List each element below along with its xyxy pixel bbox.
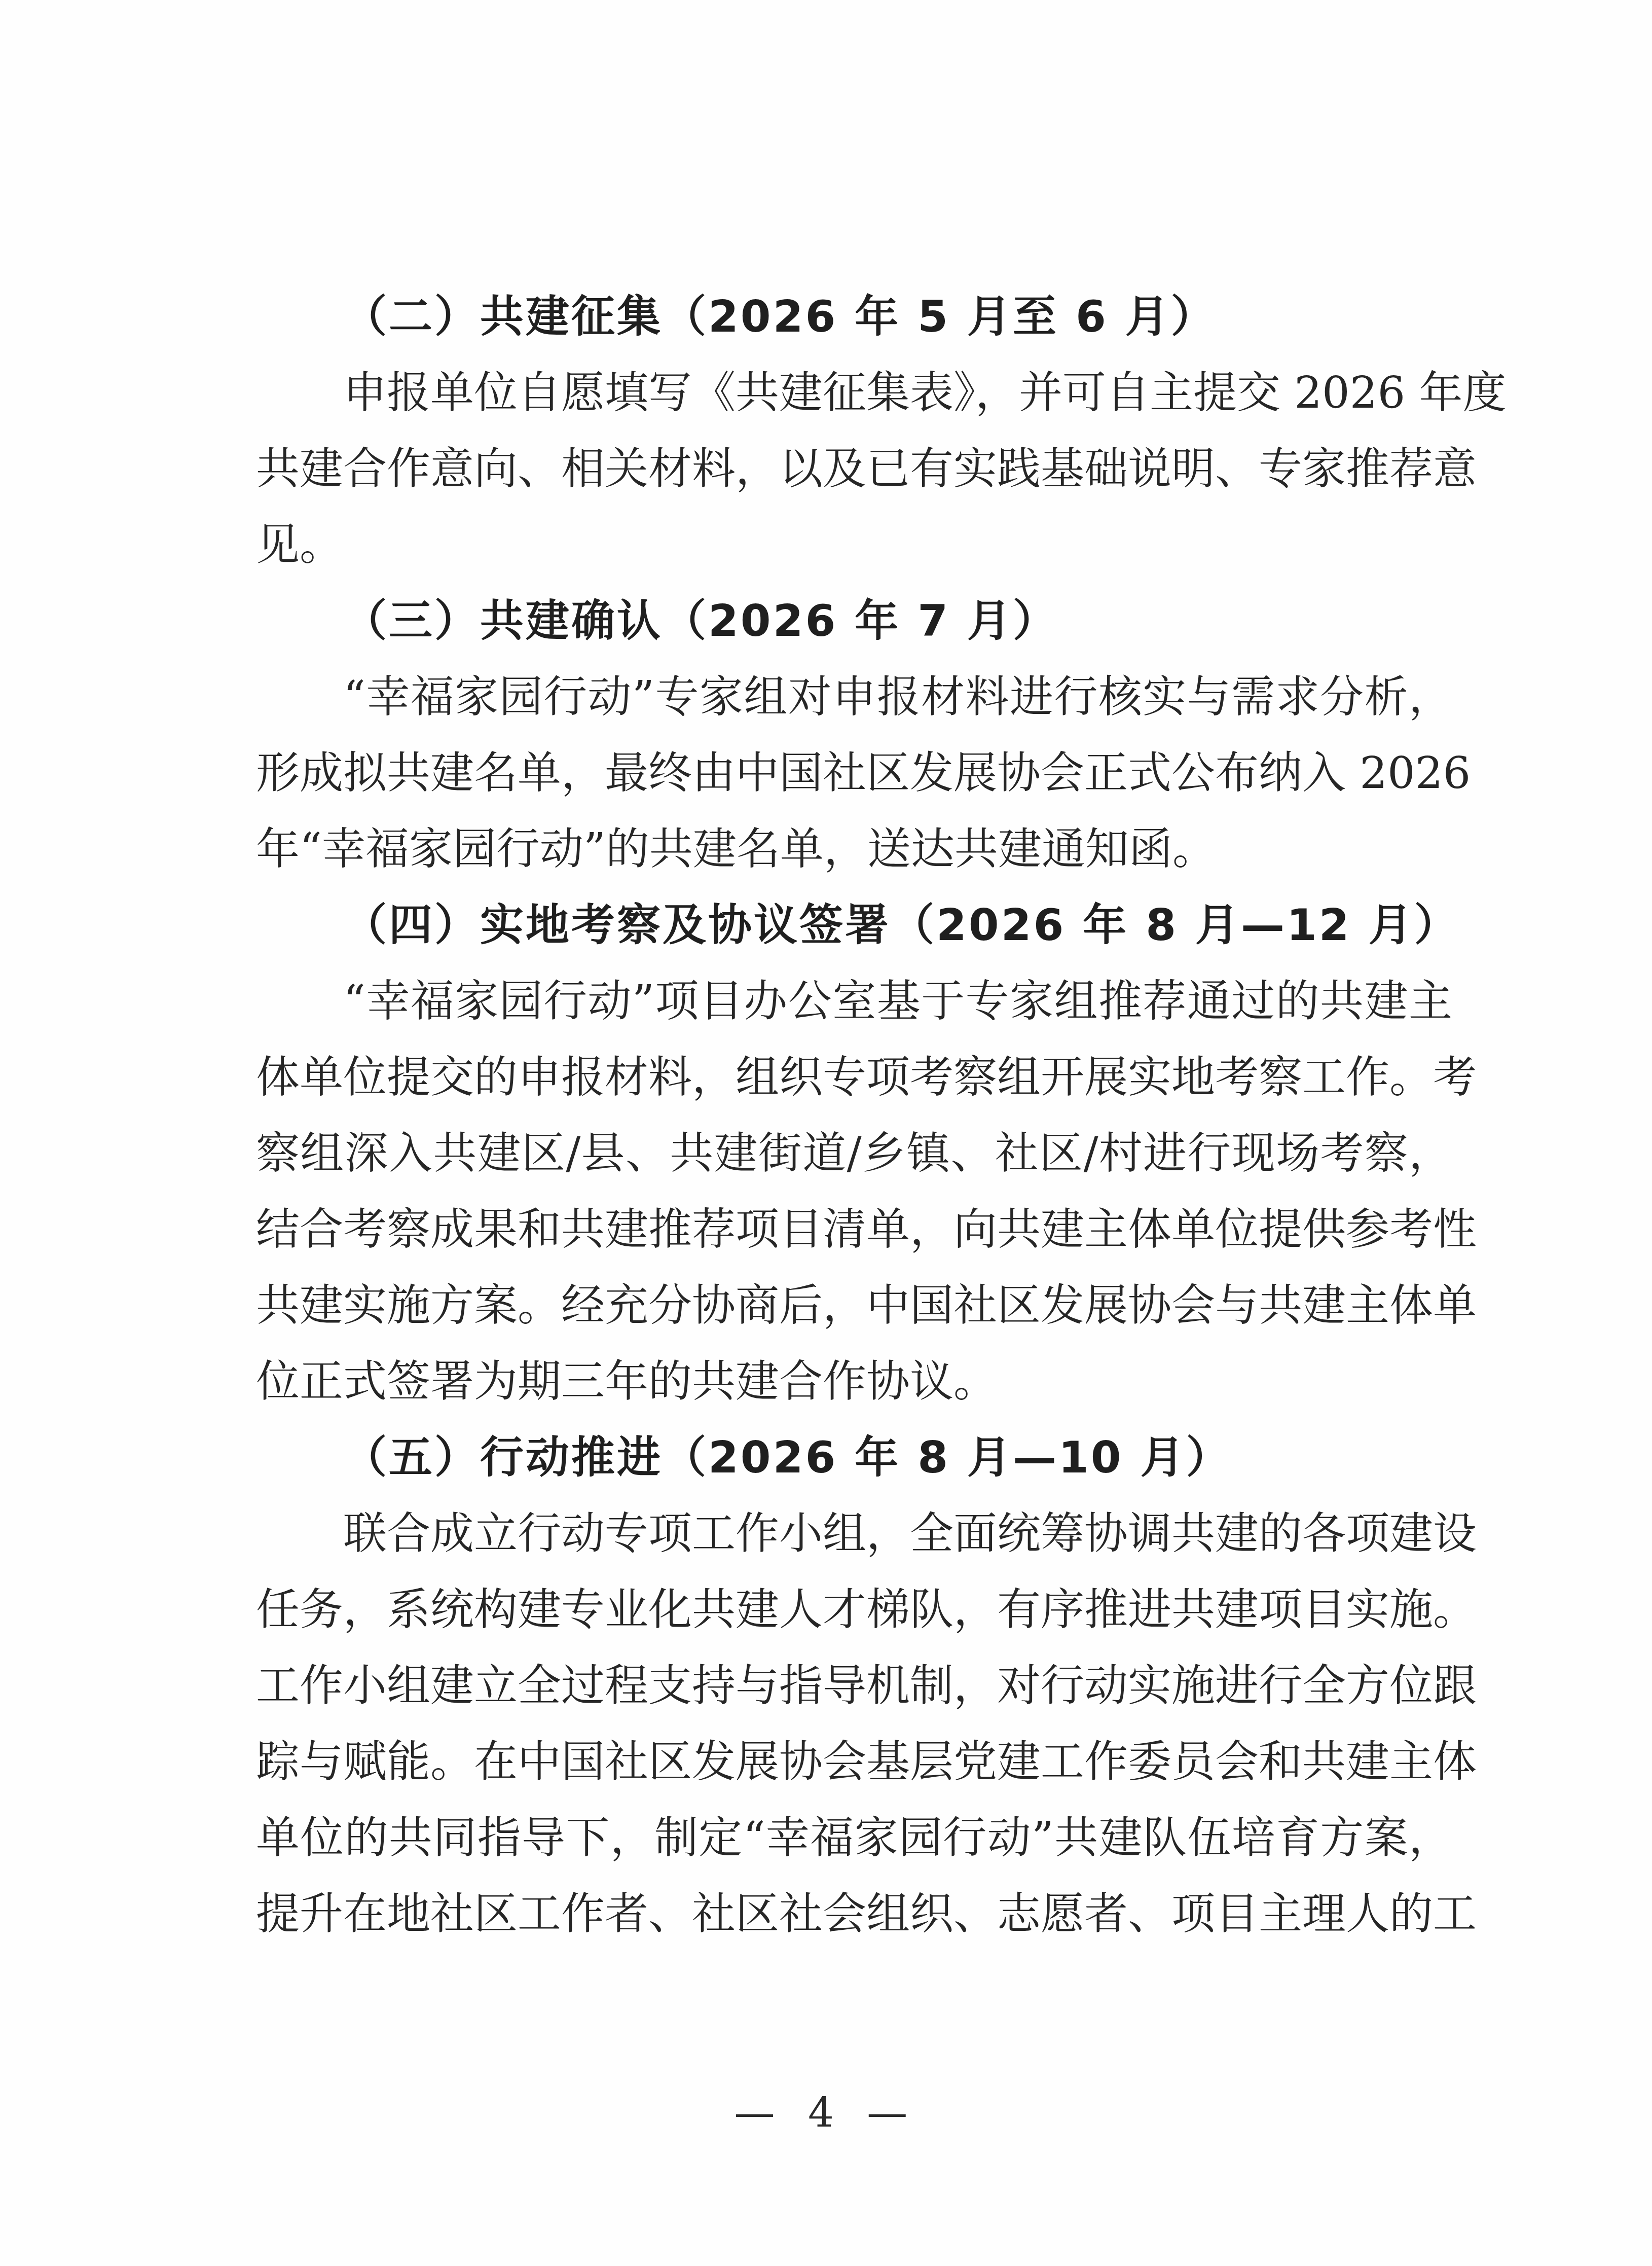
paragraph-line: 结合考察成果和共建推荐项目清单，向共建主体单位提供参考性	[256, 1199, 1452, 1260]
paragraph-line: 踪与赋能。在中国社区发展协会基层党建工作委员会和共建主体	[256, 1732, 1452, 1792]
paragraph-line: “幸福家园行动”专家组对申报材料进行核实与需求分析，	[343, 667, 1452, 728]
paragraph-line: 单位的共同指导下，制定“幸福家园行动”共建队伍培育方案，	[256, 1808, 1452, 1868]
section-heading-action-progress: （五）行动推进（2026 年 8 月—10 月）	[343, 1427, 1452, 1488]
document-page: （二）共建征集（2026 年 5 月至 6 月） 申报单位自愿填写《共建征集表》…	[0, 0, 1652, 2266]
section-heading-confirmation: （三）共建确认（2026 年 7 月）	[343, 591, 1452, 652]
paragraph-line: 提升在地社区工作者、社区社会组织、志愿者、项目主理人的工	[256, 1884, 1452, 1945]
paragraph-line: 申报单位自愿填写《共建征集表》，并可自主提交 2026 年度	[343, 363, 1452, 423]
paragraph-line: 联合成立行动专项工作小组，全面统筹协调共建的各项建设	[343, 1503, 1452, 1564]
paragraph-line: 体单位提交的申报材料，组织专项考察组开展实地考察工作。考	[256, 1047, 1452, 1108]
section-heading-collection: （二）共建征集（2026 年 5 月至 6 月）	[343, 286, 1452, 347]
paragraph-line: 见。	[256, 515, 1452, 576]
section-heading-inspection-signing: （四）实地考察及协议签署（2026 年 8 月—12 月）	[343, 895, 1452, 956]
paragraph-line: 任务，系统构建专业化共建人才梯队，有序推进共建项目实施。	[256, 1579, 1452, 1640]
paragraph-line: 察组深入共建区/县、共建街道/乡镇、社区/村进行现场考察，	[256, 1123, 1452, 1184]
paragraph-line: 位正式签署为期三年的共建合作协议。	[256, 1351, 1452, 1412]
paragraph-line: 共建合作意向、相关材料，以及已有实践基础说明、专家推荐意	[256, 439, 1452, 499]
paragraph-line: 共建实施方案。经充分协商后，中国社区发展协会与共建主体单	[256, 1275, 1452, 1336]
paragraph-line: 形成拟共建名单，最终由中国社区发展协会正式公布纳入 2026	[256, 743, 1452, 804]
paragraph-line: 年“幸福家园行动”的共建名单，送达共建通知函。	[256, 819, 1452, 880]
paragraph-line: 工作小组建立全过程支持与指导机制，对行动实施进行全方位跟	[256, 1656, 1452, 1716]
page-number: — 4 —	[0, 2089, 1652, 2136]
paragraph-line: “幸福家园行动”项目办公室基于专家组推荐通过的共建主	[343, 971, 1452, 1032]
